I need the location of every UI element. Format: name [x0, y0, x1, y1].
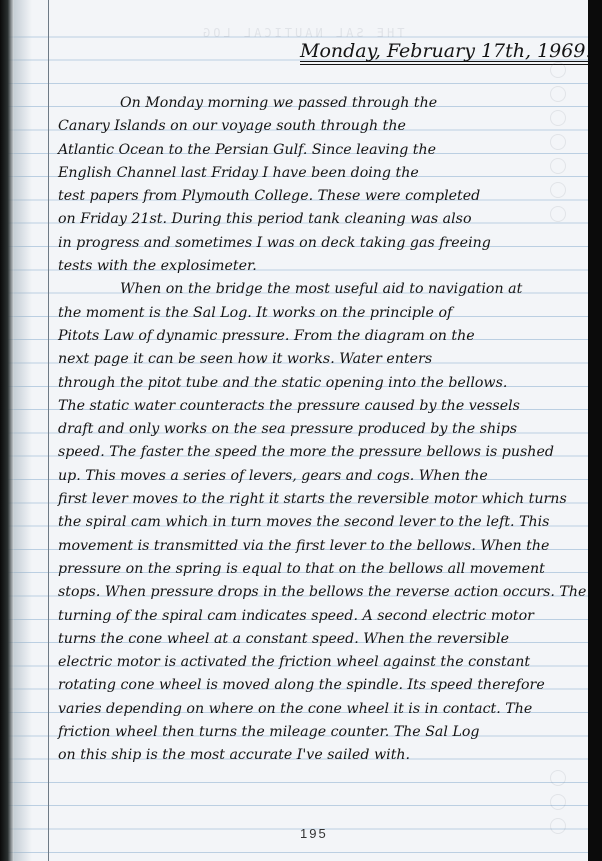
text-line: first lever moves to the right it starts…: [58, 488, 586, 511]
text-line: When on the bridge the most useful aid t…: [58, 278, 586, 301]
right-edge-shadow: [588, 0, 602, 861]
text-line: stops. When pressure drops in the bellow…: [58, 581, 585, 604]
text-line: up. This moves a series of levers, gears…: [58, 465, 586, 488]
text-line: friction wheel then turns the mileage co…: [58, 721, 586, 744]
text-line: next page it can be seen how it works. W…: [58, 348, 586, 371]
binding-shadow: [0, 0, 14, 861]
text-line: draft and only works on the sea pressure…: [58, 418, 586, 441]
show-through-circle: [550, 818, 566, 834]
show-through-circle: [550, 62, 566, 78]
text-line: The static water counteracts the pressur…: [58, 395, 586, 418]
show-through-circle: [550, 794, 566, 810]
text-line: turns the cone wheel at a constant speed…: [58, 628, 586, 651]
date-heading: Monday, February 17th, 1969.: [300, 40, 550, 62]
show-through-circle: [550, 158, 566, 174]
show-through-circle: [550, 110, 566, 126]
text-line: pressure on the spring is equal to that …: [58, 558, 586, 581]
notebook-page: THE SAL NAUTICAL LOG Monday, February 17…: [0, 0, 588, 861]
text-line: varies depending on where on the cone wh…: [58, 698, 586, 721]
show-through-circle: [550, 182, 566, 198]
text-line: movement is transmitted via the first le…: [58, 535, 586, 558]
page-number: 195: [300, 826, 328, 841]
show-through-circle: [550, 86, 566, 102]
text-line: rotating cone wheel is moved along the s…: [58, 674, 586, 697]
text-line: the spiral cam which in turn moves the s…: [58, 511, 586, 534]
binding-fade: [14, 0, 32, 861]
text-line: Atlantic Ocean to the Persian Gulf. Sinc…: [58, 139, 586, 162]
show-through-circle: [550, 134, 566, 150]
text-line: turning of the spiral cam indicates spee…: [58, 605, 586, 628]
text-line: Canary Islands on our voyage south throu…: [58, 115, 586, 138]
text-line: Pitots Law of dynamic pressure. From the…: [58, 325, 586, 348]
text-line: test papers from Plymouth College. These…: [58, 185, 586, 208]
text-line: speed. The faster the speed the more the…: [58, 441, 586, 464]
text-line: electric motor is activated the friction…: [58, 651, 586, 674]
text-line: on this ship is the most accurate I've s…: [58, 744, 586, 767]
show-through-text: THE SAL NAUTICAL LOG: [200, 26, 405, 40]
margin-line: [48, 0, 49, 861]
text-line: On Monday morning we passed through the: [58, 92, 586, 115]
text-line: English Channel last Friday I have been …: [58, 162, 586, 185]
text-line: the moment is the Sal Log. It works on t…: [58, 302, 586, 325]
text-line: through the pitot tube and the static op…: [58, 372, 586, 395]
show-through-circle: [550, 770, 566, 786]
text-line: in progress and sometimes I was on deck …: [58, 232, 586, 255]
handwritten-body: On Monday morning we passed through theC…: [58, 92, 586, 768]
paragraphs: On Monday morning we passed through theC…: [58, 92, 586, 768]
show-through-circle: [550, 206, 566, 222]
text-line: on Friday 21st. During this period tank …: [58, 208, 586, 231]
text-line: tests with the explosimeter.: [58, 255, 586, 278]
